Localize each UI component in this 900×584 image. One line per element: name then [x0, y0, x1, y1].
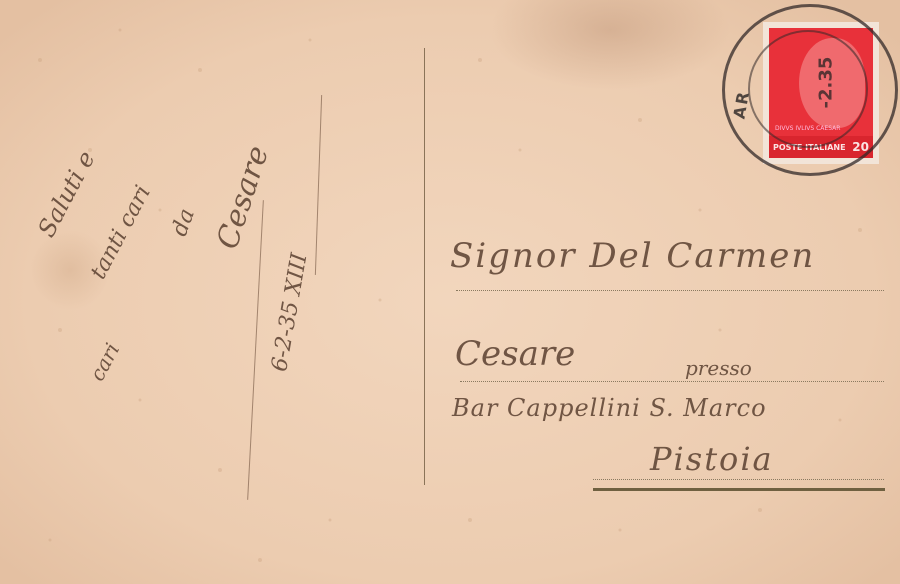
address-underline — [593, 488, 885, 491]
address-line-2 — [460, 381, 884, 382]
message-signature: Cesare — [210, 142, 276, 254]
stamp-inscription: POSTE ITALIANE — [773, 143, 846, 152]
pen-stroke — [247, 200, 264, 500]
message-line-3: cari — [85, 339, 125, 385]
address-street: Bar Cappellini S. Marco — [452, 394, 767, 422]
message-line-2: tanti cari — [86, 182, 156, 284]
stamp-denomination: 20 — [852, 140, 869, 154]
address-name: Signor Del Carmen — [450, 236, 815, 276]
message-date: 6-2-35 XIII — [267, 251, 312, 373]
stamp-band: POSTE ITALIANE 20 — [769, 136, 873, 158]
message-line-4: da — [167, 205, 200, 239]
postmark-date: -2.35 — [815, 57, 836, 109]
center-divider — [424, 48, 425, 485]
address-first-name: Cesare — [455, 334, 575, 374]
message-line-1: Saluti e — [32, 146, 100, 241]
postcard-back: DIVVS IVLIVS CAESAR POSTE ITALIANE 20 AR… — [0, 0, 900, 584]
address-city: Pistoia — [650, 440, 774, 478]
address-line-3 — [593, 479, 884, 480]
pen-stroke — [315, 95, 322, 275]
address-line-1 — [456, 290, 884, 291]
address-presso: presso — [685, 356, 752, 380]
postmark-text: AR — [730, 89, 754, 121]
stamp-caption: DIVVS IVLIVS CAESAR — [775, 125, 840, 132]
